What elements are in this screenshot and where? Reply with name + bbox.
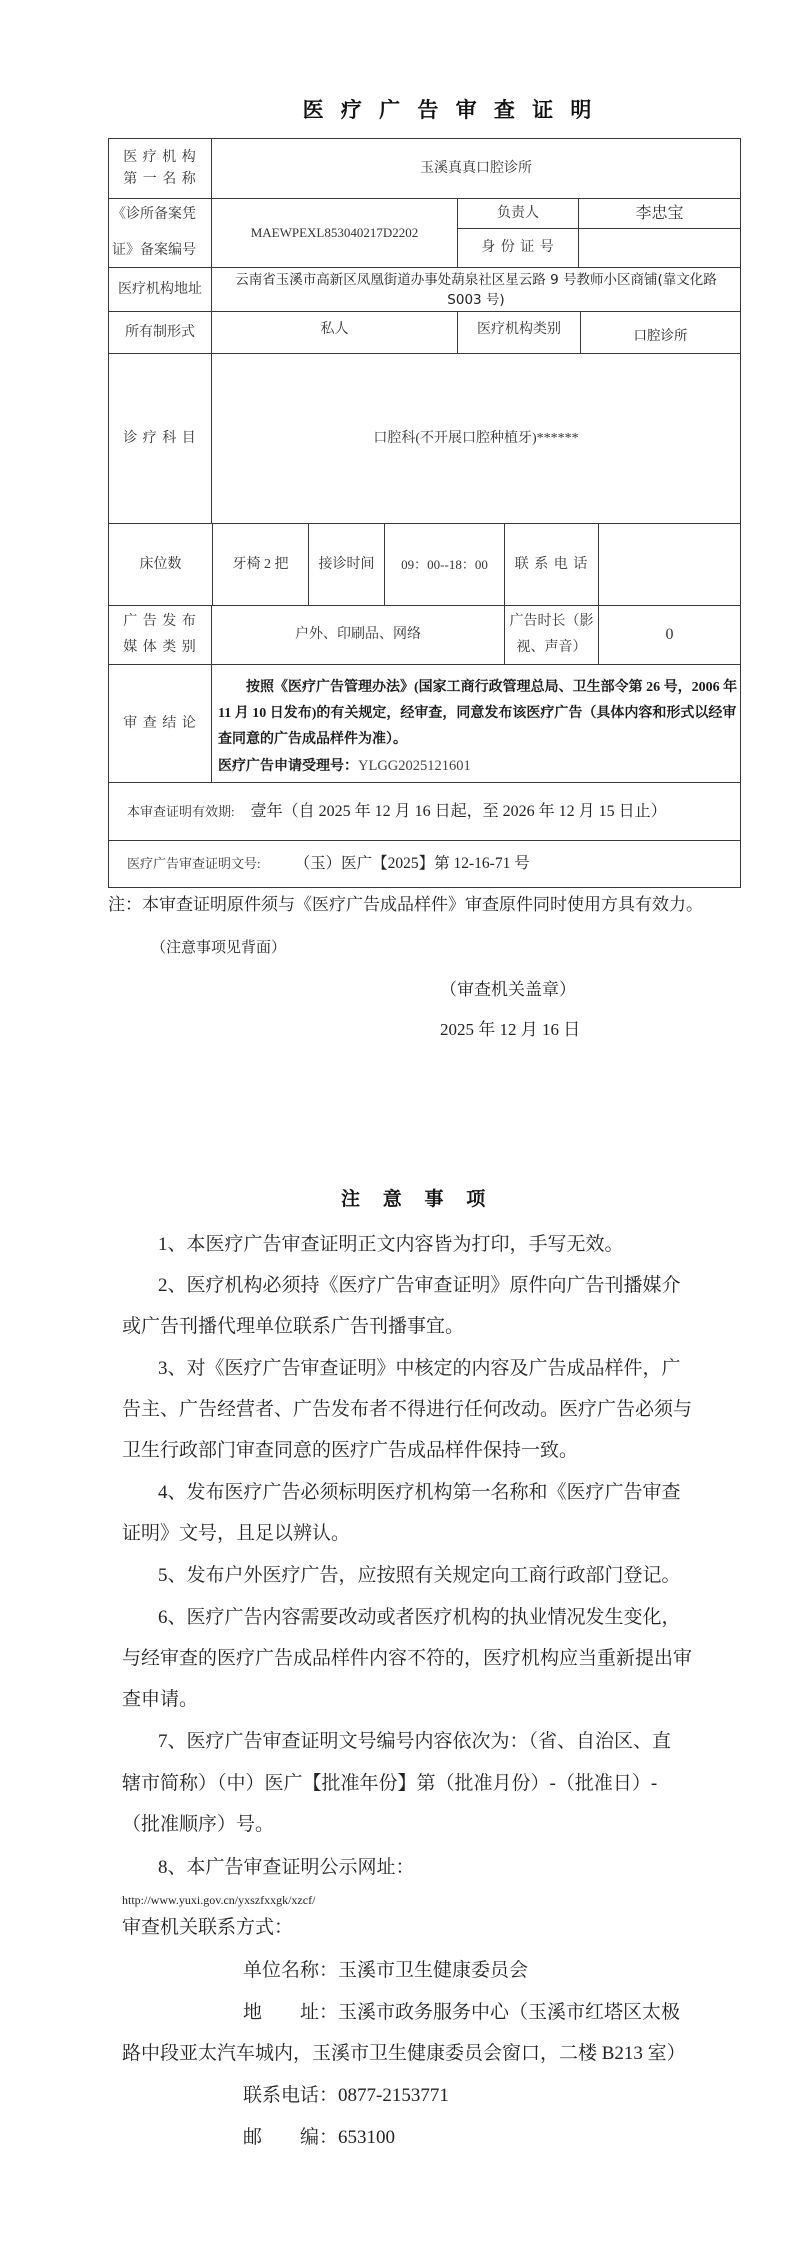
media-type-value: 户外、印刷品、网络 bbox=[211, 605, 505, 665]
validity-row: 本审查证明有效期: 壹年（自 2025 年 12 月 16 日起，至 2026 … bbox=[108, 782, 741, 841]
contact-postcode: 邮 编：653100 bbox=[243, 2125, 395, 2151]
media-type-label: 广 告 发 布 媒 体 类 别 bbox=[108, 605, 212, 665]
hours-value: 09：00--18：00 bbox=[384, 523, 505, 606]
contact-heading: 审查机关联系方式： bbox=[122, 1915, 293, 1941]
validity-label: 本审查证明有效期: bbox=[127, 801, 235, 823]
notice-item-4: 4、发布医疗广告必须标明医疗机构第一名称和《医疗广告审查 bbox=[158, 1480, 681, 1506]
application-number-label: 医疗广告申请受理号： bbox=[218, 759, 358, 774]
approval-number-row: 医疗广告审查证明文号: （玉）医广【2025】第 12-16-71 号 bbox=[108, 840, 741, 888]
ownership-label-text: 所有制形式 bbox=[125, 322, 195, 344]
filing-number-label: 《诊所备案凭 证》备案编号 bbox=[108, 198, 212, 268]
notice-item-7-cont: （批准顺序）号。 bbox=[122, 1812, 274, 1838]
departments-label-text: 诊 疗 科 目 bbox=[123, 428, 197, 450]
departments-text: 口腔科(不开展口腔种植牙)****** bbox=[373, 428, 578, 450]
conclusion-line: 按照《医疗广告管理办法》(国家工商行政管理总局、卫生部令第 26 号，2006 … bbox=[218, 678, 737, 698]
ownership-value: 私人 bbox=[211, 311, 458, 354]
notice-item-5: 5、发布户外医疗广告，应按照有关规定向工商行政部门登记。 bbox=[158, 1563, 681, 1589]
conclusion-line: 11 月 10 日发布)的有关规定，经审查，同意发布该医疗广告（具体内容和形式以… bbox=[218, 704, 736, 724]
conclusion-line: 查同意的广告成品样件为准）。 bbox=[218, 730, 407, 750]
phone-value bbox=[598, 523, 741, 606]
document-title: 医 疗 广 告 审 查 证 明 bbox=[300, 94, 600, 124]
hours-label: 接诊时间 bbox=[308, 523, 385, 606]
issue-date: 2025 年 12 月 16 日 bbox=[440, 1018, 580, 1042]
label-line: 医 疗 机 构 bbox=[123, 147, 197, 169]
institution-name-label: 医 疗 机 构 第 一 名 称 bbox=[108, 138, 212, 199]
label-line: 证》备案编号 bbox=[112, 233, 196, 269]
ownership-label: 所有制形式 bbox=[108, 311, 212, 354]
institution-name-value: 玉溪真真口腔诊所 bbox=[211, 138, 741, 199]
phone-label: 联 系 电 话 bbox=[504, 523, 599, 606]
notice-item-3-cont: 告主、广告经营者、广告发布者不得进行任何改动。医疗广告必须与 bbox=[122, 1397, 692, 1423]
contact-unit: 单位名称：玉溪市卫生健康委员会 bbox=[243, 1958, 528, 1984]
notice-item-1: 1、本医疗广告审查证明正文内容皆为打印，手写无效。 bbox=[158, 1232, 624, 1258]
notice-item-6: 6、医疗广告内容需要改动或者医疗机构的执业情况发生变化， bbox=[158, 1605, 681, 1631]
hours-label-text: 接诊时间 bbox=[319, 554, 375, 576]
notice-item-3: 3、对《医疗广告审查证明》中核定的内容及广告成品样件，广 bbox=[158, 1356, 681, 1382]
beds-label-text: 床位数 bbox=[140, 554, 182, 576]
notice-item-7-cont: 辖市简称）（中）医广【批准年份】第（批准月份）-（批准日）- bbox=[122, 1771, 657, 1797]
label-line: 广告时长（影 bbox=[510, 609, 594, 635]
seal-placeholder: （审查机关盖章） bbox=[440, 978, 576, 1002]
notice-item-8: 8、本广告审查证明公示网址： bbox=[158, 1855, 415, 1881]
person-in-charge-value: 李忠宝 bbox=[578, 198, 741, 229]
person-in-charge-label: 负责人 bbox=[457, 198, 579, 229]
hours-text: 09：00--18：00 bbox=[401, 554, 488, 576]
beds-text: 牙椅 2 把 bbox=[233, 554, 289, 576]
validity-note: 注：本审查证明原件须与《医疗广告成品样件》审查原件同时使用方具有效力。 bbox=[108, 893, 703, 917]
category-text: 口腔诊所 bbox=[634, 325, 688, 347]
notice-item-6-cont: 查申请。 bbox=[122, 1687, 198, 1713]
notice-item-7: 7、医疗广告审查证明文号编号内容依次为：（省、自治区、直 bbox=[158, 1729, 671, 1755]
validity-value: 壹年（自 2025 年 12 月 16 日起，至 2026 年 12 月 15 … bbox=[251, 801, 667, 823]
application-number-line: 医疗广告申请受理号：YLGG2025121601 bbox=[218, 756, 471, 776]
notice-item-4-cont: 证明》文号，且足以辨认。 bbox=[122, 1521, 350, 1547]
ad-duration-label: 广告时长（影 视、声音） bbox=[504, 605, 599, 665]
notice-title: 注 意 事 项 bbox=[341, 1188, 494, 1212]
phone-label-text: 联 系 电 话 bbox=[515, 554, 589, 576]
label-line: 第 一 名 称 bbox=[123, 169, 197, 191]
contact-address: 地 址：玉溪市政务服务中心（玉溪市红塔区太极 bbox=[243, 2000, 680, 2026]
label-line: 媒 体 类 别 bbox=[123, 635, 197, 661]
label-line: 广 告 发 布 bbox=[123, 609, 197, 635]
notice-item-2: 2、医疗机构必须持《医疗广告审查证明》原件向广告刊播媒介 bbox=[158, 1273, 681, 1299]
application-number-value: YLGG2025121601 bbox=[358, 758, 471, 774]
departments-label: 诊 疗 科 目 bbox=[108, 353, 212, 524]
publication-url: http://www.yuxi.gov.cn/yxszfxxgk/xzcf/ bbox=[122, 1892, 315, 1908]
category-label-text: 医疗机构类别 bbox=[477, 319, 561, 341]
address-value: 云南省玉溪市高新区凤凰街道办事处葫泉社区星云路 9 号教师小区商铺(靠文化路 S… bbox=[211, 267, 741, 312]
conclusion-label: 审 查 结 论 bbox=[108, 664, 212, 783]
contact-phone: 联系电话：0877-2153771 bbox=[243, 2083, 449, 2109]
contact-address-cont: 路中段亚太汽车城内，玉溪市卫生健康委员会窗口，二楼 B213 室） bbox=[122, 2041, 686, 2067]
address-label: 医疗机构地址 bbox=[108, 267, 212, 312]
person-in-charge-name: 李忠宝 bbox=[635, 203, 683, 225]
departments-value: 口腔科(不开展口腔种植牙)****** bbox=[211, 353, 741, 524]
notice-item-3-cont: 卫生行政部门审查同意的医疗广告成品样件保持一致。 bbox=[122, 1438, 578, 1464]
category-label: 医疗机构类别 bbox=[457, 311, 581, 354]
label-line: 视、声音） bbox=[517, 635, 587, 661]
beds-label: 床位数 bbox=[108, 523, 213, 606]
id-number-label: 身 份 证 号 bbox=[457, 228, 579, 268]
institution-name-text: 玉溪真真口腔诊所 bbox=[420, 158, 532, 180]
conclusion-label-text: 审 查 结 论 bbox=[123, 713, 197, 735]
id-number-value bbox=[578, 228, 741, 268]
address-line: S003 号) bbox=[447, 290, 504, 310]
ownership-text: 私人 bbox=[321, 319, 349, 341]
filing-number-text: MAEWPEXL853040217D2202 bbox=[251, 222, 419, 244]
approval-number-value: （玉）医广【2025】第 12-16-71 号 bbox=[295, 853, 530, 875]
id-number-label-text: 身 份 证 号 bbox=[481, 237, 555, 259]
address-line: 云南省玉溪市高新区凤凰街道办事处葫泉社区星云路 9 号教师小区商铺(靠文化路 bbox=[235, 270, 716, 290]
beds-value: 牙椅 2 把 bbox=[212, 523, 309, 606]
notice-item-2-cont: 或广告刊播代理单位联系广告刊播事宜。 bbox=[122, 1314, 464, 1340]
approval-number-label: 医疗广告审查证明文号: bbox=[127, 853, 261, 875]
label-line: 《诊所备案凭 bbox=[112, 197, 196, 233]
address-label-text: 医疗机构地址 bbox=[118, 279, 202, 301]
person-in-charge-label-text: 负责人 bbox=[497, 203, 539, 225]
ad-duration-value: 0 bbox=[598, 605, 741, 665]
category-value: 口腔诊所 bbox=[580, 311, 741, 354]
media-type-text: 户外、印刷品、网络 bbox=[295, 624, 421, 646]
see-back-note: （注意事项见背面） bbox=[151, 936, 286, 960]
notice-item-6-cont: 与经审查的医疗广告成品样件内容不符的，医疗机构应当重新提出审 bbox=[122, 1646, 692, 1672]
ad-duration-text: 0 bbox=[666, 624, 674, 646]
conclusion-content: 按照《医疗广告管理办法》(国家工商行政管理总局、卫生部令第 26 号，2006 … bbox=[211, 664, 741, 783]
filing-number-value: MAEWPEXL853040217D2202 bbox=[211, 198, 458, 268]
